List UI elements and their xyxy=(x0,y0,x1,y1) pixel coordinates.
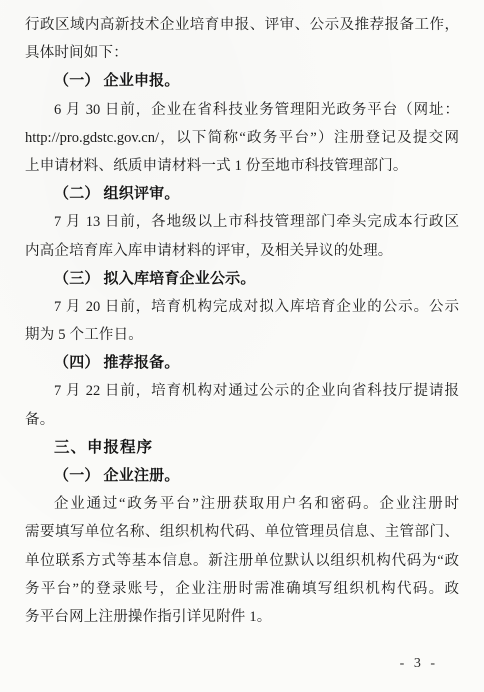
text-line: http://pro.gdstc.gov.cn/，以下简称“政务平台”）注册登记… xyxy=(25,124,459,152)
subsection-heading: （一） 企业注册。 xyxy=(25,462,459,490)
section-heading: 三、申报程序 xyxy=(25,434,459,462)
text-line: 务平台网上注册操作指引详见附件 1。 xyxy=(25,603,459,631)
text-line: 行政区域内高新技术企业培育申报、评审、公示及推荐报备工作， xyxy=(25,11,459,39)
subsection-heading: （四） 推荐报备。 xyxy=(25,349,459,377)
text-line: 7 月 13 日前，各地级以上市科技管理部门牵头完成本行政区 xyxy=(25,208,459,236)
subsection-heading: （二） 组织评审。 xyxy=(25,180,459,208)
subsection-heading: （三） 拟入库培育企业公示。 xyxy=(25,265,459,293)
document-page: 行政区域内高新技术企业培育申报、评审、公示及推荐报备工作， 具体时间如下： （一… xyxy=(0,0,484,692)
text-line: 6 月 30 日前，企业在省科技业务管理阳光政务平台（网址： xyxy=(25,96,459,124)
text-line: 上申请材料、纸质申请材料一式 1 份至地市科技管理部门。 xyxy=(25,152,459,180)
text-line: 备。 xyxy=(25,406,459,434)
text-line: 单位联系方式等基本信息。新注册单位默认以组织机构代码为“政 xyxy=(25,547,459,575)
subsection-heading: （一） 企业申报。 xyxy=(25,67,459,95)
text-line: 内高企培育库入库申请材料的评审，及相关异议的处理。 xyxy=(25,237,459,265)
text-line: 7 月 20 日前，培育机构完成对拟入库培育企业的公示。公示 xyxy=(25,293,459,321)
text-line: 务平台”的登录账号，企业注册时需准确填写组织机构代码。政 xyxy=(25,575,459,603)
page-number: - 3 - xyxy=(400,656,438,672)
text-line: 需要填写单位名称、组织机构代码、单位管理员信息、主管部门、 xyxy=(25,518,459,546)
text-line: 期为 5 个工作日。 xyxy=(25,321,459,349)
text-line: 具体时间如下： xyxy=(25,39,459,67)
text-line: 企业通过“政务平台”注册获取用户名和密码。企业注册时 xyxy=(25,490,459,518)
text-line: 7 月 22 日前，培育机构对通过公示的企业向省科技厅提请报 xyxy=(25,377,459,405)
